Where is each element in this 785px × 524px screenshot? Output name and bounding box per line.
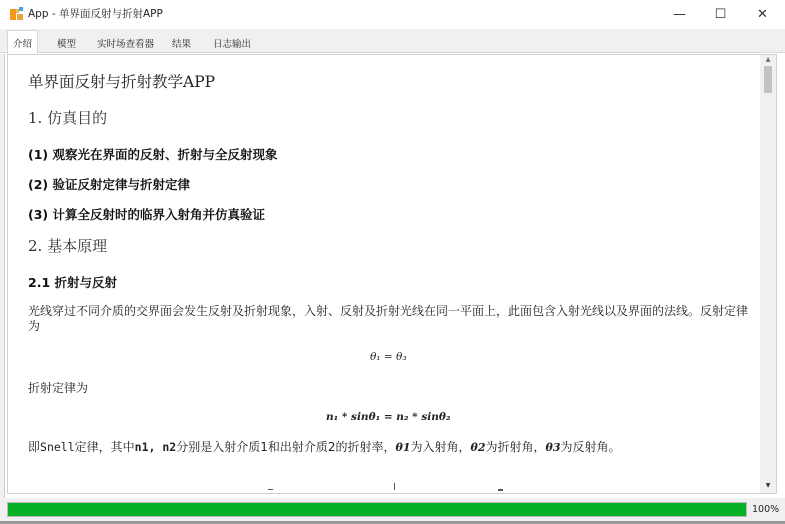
- scroll-up-arrow-icon[interactable]: ▲: [760, 55, 776, 65]
- tab-intro[interactable]: 介绍: [7, 30, 38, 54]
- snell-text-rest4: 为反射角。: [561, 440, 621, 454]
- close-button[interactable]: ✕: [740, 0, 785, 28]
- maximize-icon: ☐: [715, 7, 727, 22]
- theta2-symbol: θ2: [471, 441, 486, 454]
- snell-text-prefix: 即: [28, 440, 40, 454]
- progress-bar: [7, 502, 747, 517]
- minimize-icon: —: [673, 7, 686, 22]
- snell-vars: n1, n2: [135, 440, 177, 454]
- scroll-thumb[interactable]: [764, 66, 772, 93]
- tab-results[interactable]: 结果: [167, 32, 196, 53]
- snell-text-rest1: 分别是入射介质1和出射介质2的折射率，: [176, 440, 395, 454]
- close-icon: ✕: [757, 7, 768, 22]
- diagram-fragment: [268, 489, 273, 490]
- document-content: 单界面反射与折射教学APP 1. 仿真目的 (1) 观察光在界面的反射、折射与全…: [20, 55, 760, 493]
- window-title: App - 单界面反射与折射APP: [28, 6, 163, 21]
- minimize-button[interactable]: —: [657, 0, 702, 28]
- label-refraction-law: 折射定律为: [28, 381, 758, 396]
- tab-realtime-field-viewer[interactable]: 实时场查看器: [92, 32, 159, 53]
- scroll-down-arrow-icon[interactable]: ▼: [760, 481, 776, 491]
- equation-snell-law: n₁ * sinθ₁ = n₂ * sinθ₂: [326, 411, 450, 423]
- tab-bar: 介绍 模型 实时场查看器 结果 日志输出: [0, 29, 785, 53]
- intro-document-panel[interactable]: 单界面反射与折射教学APP 1. 仿真目的 (1) 观察光在界面的反射、折射与全…: [7, 54, 777, 494]
- section1-heading: 1. 仿真目的: [28, 107, 107, 128]
- paragraph-reflection: 光线穿过不同介质的交界面会发生反射及折射现象，入射、反射及折射光线在同一平面上，…: [28, 304, 758, 334]
- objective-item-3: (3) 计算全反射时的临界入射角并仿真验证: [28, 205, 265, 223]
- doc-title: 单界面反射与折射教学APP: [28, 70, 215, 92]
- objective-item-1: (1) 观察光在界面的反射、折射与全反射现象: [28, 145, 277, 163]
- subsection-heading: 2.1 折射与反射: [28, 273, 117, 291]
- diagram-fragment: [394, 483, 395, 490]
- left-edge-border: [0, 54, 5, 499]
- snell-text-rest2: 为入射角，: [410, 440, 470, 454]
- theta1-symbol: θ1: [395, 441, 410, 454]
- title-bar[interactable]: App - 单界面反射与折射APP — ☐ ✕: [0, 0, 785, 28]
- vertical-scrollbar[interactable]: ▲ ▼: [760, 55, 776, 493]
- progress-fill: [8, 503, 746, 516]
- equation-reflection-law: θ₁ = θ₃: [370, 351, 407, 363]
- paragraph-snell: 即Snell定律，其中n1, n2分别是入射介质1和出射介质2的折射率，θ1为入…: [28, 440, 758, 455]
- tab-model[interactable]: 模型: [52, 32, 81, 53]
- maximize-button[interactable]: ☐: [698, 0, 743, 28]
- snell-text-rest3: 为折射角，: [486, 440, 546, 454]
- tab-log-output[interactable]: 日志输出: [208, 32, 256, 53]
- theta3-symbol: θ3: [546, 441, 561, 454]
- diagram-fragment: [498, 489, 503, 491]
- app-logo-icon: [10, 7, 24, 21]
- snell-word: Snell: [40, 440, 75, 454]
- objective-item-2: (2) 验证反射定律与折射定律: [28, 175, 190, 193]
- snell-text-mid: 定律，其中: [75, 440, 135, 454]
- section2-heading: 2. 基本原理: [28, 235, 107, 256]
- progress-percent-label: 100%: [752, 504, 779, 515]
